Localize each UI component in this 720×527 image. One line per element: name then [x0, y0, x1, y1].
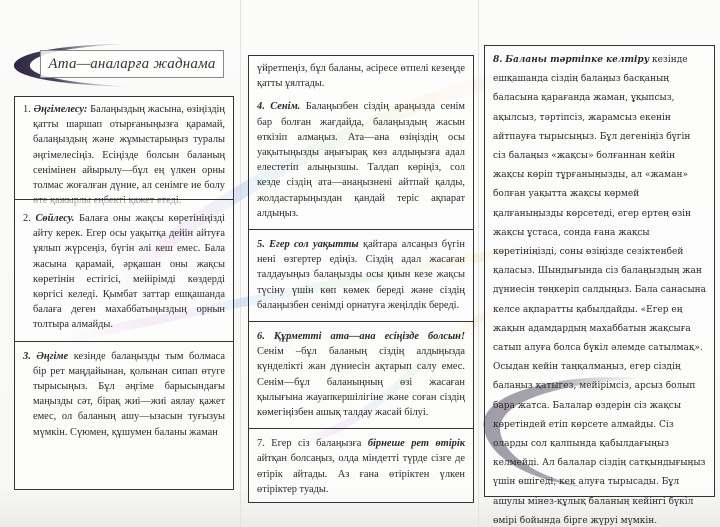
tip-4: 4. Сенім. Балаңызбен сіздің араңызда сен…	[257, 99, 465, 221]
tip-heading: Әңгімелесу:	[34, 104, 88, 115]
tip-1: 1. Әңгімелесу: Балаңыздың жасына, өзіңіз…	[23, 102, 225, 208]
divider	[249, 229, 473, 230]
tip-heading: Сенім.	[270, 101, 300, 112]
page-title: Ата—аналарға жаднама	[40, 50, 224, 78]
tip-8: 8. Баланы тәртіпке келтіру кезінде ешқаш…	[493, 51, 706, 527]
brochure-page: Ата—аналарға жаднама 1. Әңгімелесу: Бала…	[0, 0, 720, 527]
tip-heading: Сөйлесу.	[35, 213, 74, 224]
tip-box-2: 2. Сөйлесу. Балаға оны жақсы көретініңіз…	[14, 200, 234, 490]
tip-heading: Әңгіме	[36, 351, 68, 362]
tip-5: 5. Егер сол уақытты қайтара алсаңыз бүгі…	[257, 237, 465, 313]
tip-2: 2. Сөйлесу. Балаға оны жақсы көретініңіз…	[23, 211, 225, 333]
divider	[249, 321, 473, 322]
tip-box-3: үйретпеңіз, бұл баланы, әсіресе өтпелі к…	[248, 55, 474, 503]
tip-box-4: 8. Баланы тәртіпке келтіру кезінде ешқаш…	[484, 45, 715, 497]
divider	[249, 428, 473, 429]
tip-7: 7. Егер сіз балаңызға бірнеше рет өтірік…	[257, 436, 465, 497]
tip-heading: Құрметті ата—ана есіңізде болсын!	[274, 331, 465, 342]
tip-3-continuation: үйретпеңіз, бұл баланы, әсіресе өтпелі к…	[257, 61, 465, 91]
tip-3: 3. Әңгіме кезінде балаңызды тым болмаса …	[23, 349, 225, 440]
fold-line-1	[240, 0, 241, 527]
tip-6: 6. Құрметті ата—ана есіңізде болсын! Сен…	[257, 329, 465, 420]
divider	[15, 341, 233, 342]
tip-emphasis: бірнеше рет өтірік	[368, 438, 465, 449]
fold-line-2	[478, 0, 479, 527]
title-banner: Ата—аналарға жаднама	[8, 42, 230, 90]
tip-heading: Баланы тәртіпке келтіру	[505, 55, 649, 65]
tip-box-1: 1. Әңгімелесу: Балаңыздың жасына, өзіңіз…	[14, 96, 234, 200]
tip-heading: Егер сол уақытты	[269, 239, 359, 250]
